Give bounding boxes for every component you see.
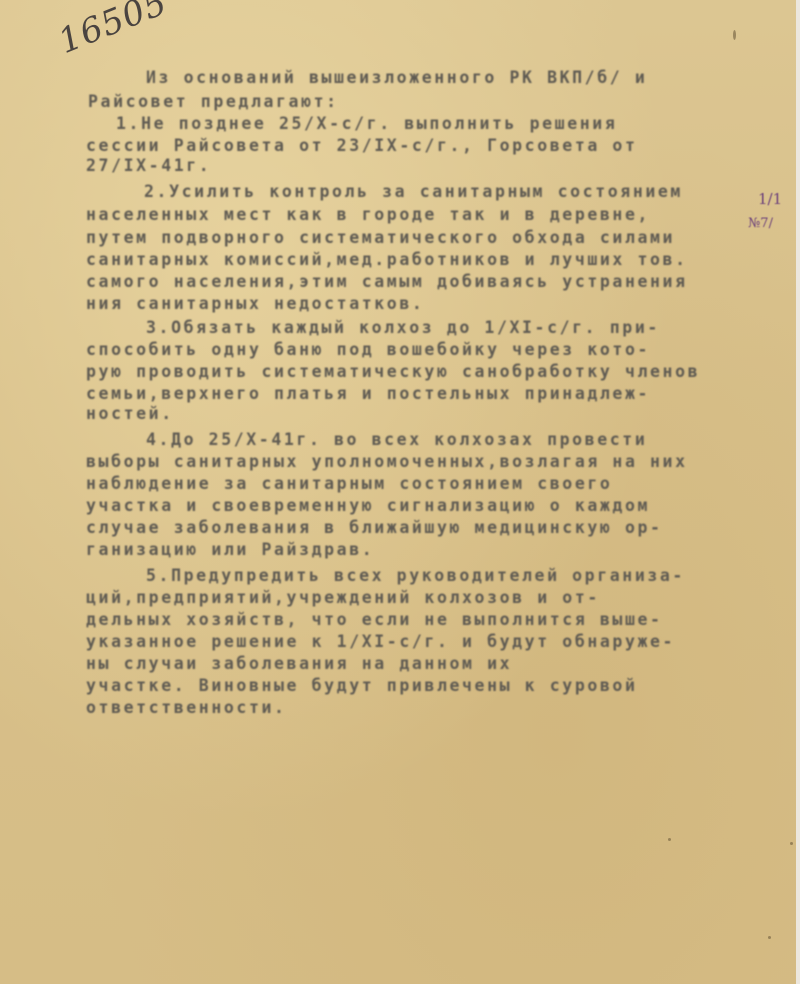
item-4-line: наблюдение за санитарным состоянием свое… (86, 474, 612, 493)
item-3-line: рую проводить систематическую санобработ… (86, 362, 700, 381)
item-4-line: 4.До 25/Х-41г. во всех колхозах провести (146, 430, 647, 449)
item-3-line: ностей. (86, 404, 174, 423)
item-2-line: санитарных комиссий,мед.работников и луч… (86, 250, 688, 269)
paper-blemish (733, 30, 736, 40)
item-2-line: путем подворного систематического обхода… (86, 228, 675, 247)
intro-line: Из оснований вышеизложенного РК ВКП/б/ и (146, 68, 647, 87)
item-4-line: участка и своевременную сигнализацию о к… (86, 496, 650, 515)
margin-mark: №7/ (748, 216, 773, 231)
margin-mark: 1/1 (758, 190, 782, 208)
paper-blemish (768, 936, 771, 939)
item-5-line: 5.Предупредить всех руководителей органи… (146, 566, 685, 585)
item-2-line: самого населения,этим самым добиваясь ус… (86, 272, 688, 291)
item-4-line: случае заболевания в ближайшую медицинск… (86, 518, 663, 537)
item-5-line: ций,предприятий,учреждений колхозов и от… (86, 588, 600, 607)
item-5-line: ны случаи заболевания на данном их (86, 654, 512, 673)
paper-blemish (668, 838, 671, 841)
item-5-line: участке. Виновные будут привлечены к сур… (86, 676, 638, 695)
item-2-line: ния санитарных недостатков. (86, 294, 424, 313)
item-2-line: 2.Усилить контроль за санитарным состоян… (144, 182, 683, 201)
typewritten-closing (0, 0, 800, 38)
item-4-line: ганизацию или Райздрав. (86, 540, 374, 559)
item-5-line: ответственности. (86, 698, 287, 717)
item-1-line: сессии Райсовета от 23/IХ-с/г., Горсовет… (86, 136, 638, 155)
item-5-line: указанное решение к 1/ХI-с/г. и будут об… (86, 632, 675, 651)
item-3-line: способить одну баню под вошебойку через … (86, 340, 650, 359)
item-2-line: населенных мест как в городе так и в дер… (86, 205, 650, 224)
intro-line: Райсовет предлагают: (88, 92, 339, 111)
item-4-line: выборы санитарных уполномоченных,возлага… (86, 452, 688, 471)
item-3-line: семьи,верхнего платья и постельных прина… (86, 384, 650, 403)
typewritten-body: Из оснований вышеизложенного РК ВКП/б/ и… (0, 0, 800, 798)
paper-blemish (790, 842, 793, 845)
item-3-line: 3.Обязать каждый колхоз до 1/ХI-с/г. при… (146, 318, 660, 337)
item-1-line: 1.Не позднее 25/Х-с/г. выполнить решения (116, 114, 617, 133)
item-1-line: 27/IХ-41г. (86, 156, 211, 175)
item-5-line: дельных хозяйств, что если не выполнится… (86, 610, 663, 629)
